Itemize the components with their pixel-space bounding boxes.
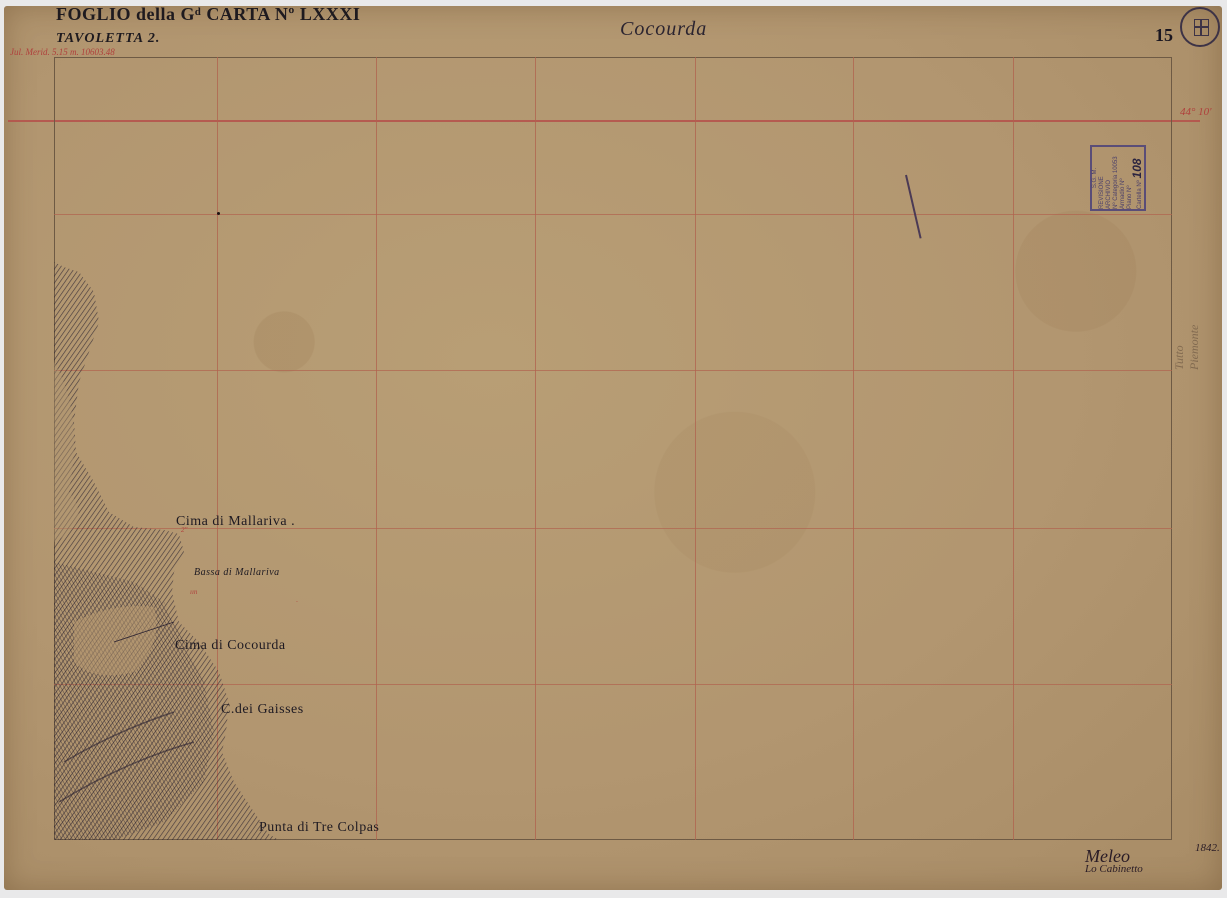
side-note: Tutto Piemonte <box>1172 315 1202 370</box>
sheet-subtitle: TAVOLETTA 2. <box>56 31 160 47</box>
place-label-punta-di-tre-colpas: Punta di Tre Colpas <box>259 820 379 836</box>
grid-hline <box>54 214 1172 215</box>
stamp-line: Nº Categoria 10053 <box>1113 147 1120 209</box>
stamp-line: S.G. M. <box>1092 147 1099 209</box>
place-label-bassa-di-mallariva: Bassa di Mallariva <box>194 567 280 578</box>
calibration-note: Jul. Merid. 5.15 m. 10603.48 <box>10 47 115 57</box>
elevation-mark: ıın <box>190 588 197 596</box>
stamp-number: 108 <box>1130 158 1144 178</box>
signature-title: Lo Cabinetto <box>1085 863 1143 875</box>
elevation-mark: · <box>296 598 298 606</box>
stamp-line: Cartella Nº 108 <box>1134 147 1144 209</box>
elevation-mark: 2" <box>181 526 187 534</box>
grid-vline <box>535 57 536 840</box>
grid-vline <box>1013 57 1014 840</box>
signature-year: 1842. <box>1195 842 1220 854</box>
stamp-line: REVISIONE ARCHIVIO <box>1099 147 1113 209</box>
latitude-label: 44° 10' <box>1180 106 1212 118</box>
sheet-title: FOGLIO della Gᵈ CARTA Nº LXXXI <box>56 4 360 25</box>
grid-vline <box>376 57 377 840</box>
grid-vline <box>695 57 696 840</box>
area-name: Cocourda <box>620 18 707 41</box>
survey-point <box>217 212 220 215</box>
sheet-number: 15 <box>1155 25 1173 46</box>
mountain-relief-hachures <box>54 262 279 840</box>
place-label-colle-dei-gaisses: C.dei Gaisses <box>221 702 304 718</box>
grid-vline <box>853 57 854 840</box>
stamp-line: Armadio Nº <box>1120 147 1127 209</box>
place-label-cima-di-mallariva: Cima di Mallariva . <box>176 514 295 530</box>
signature: Meleo Lo Cabinetto 1842. <box>1085 846 1143 875</box>
archive-stamp: S.G. M. REVISIONE ARCHIVIO Nº Categoria … <box>1090 145 1146 211</box>
savoy-cross-seal-icon <box>1180 7 1220 47</box>
place-label-cima-di-cocourda: Cima di Cocourda <box>175 638 286 654</box>
